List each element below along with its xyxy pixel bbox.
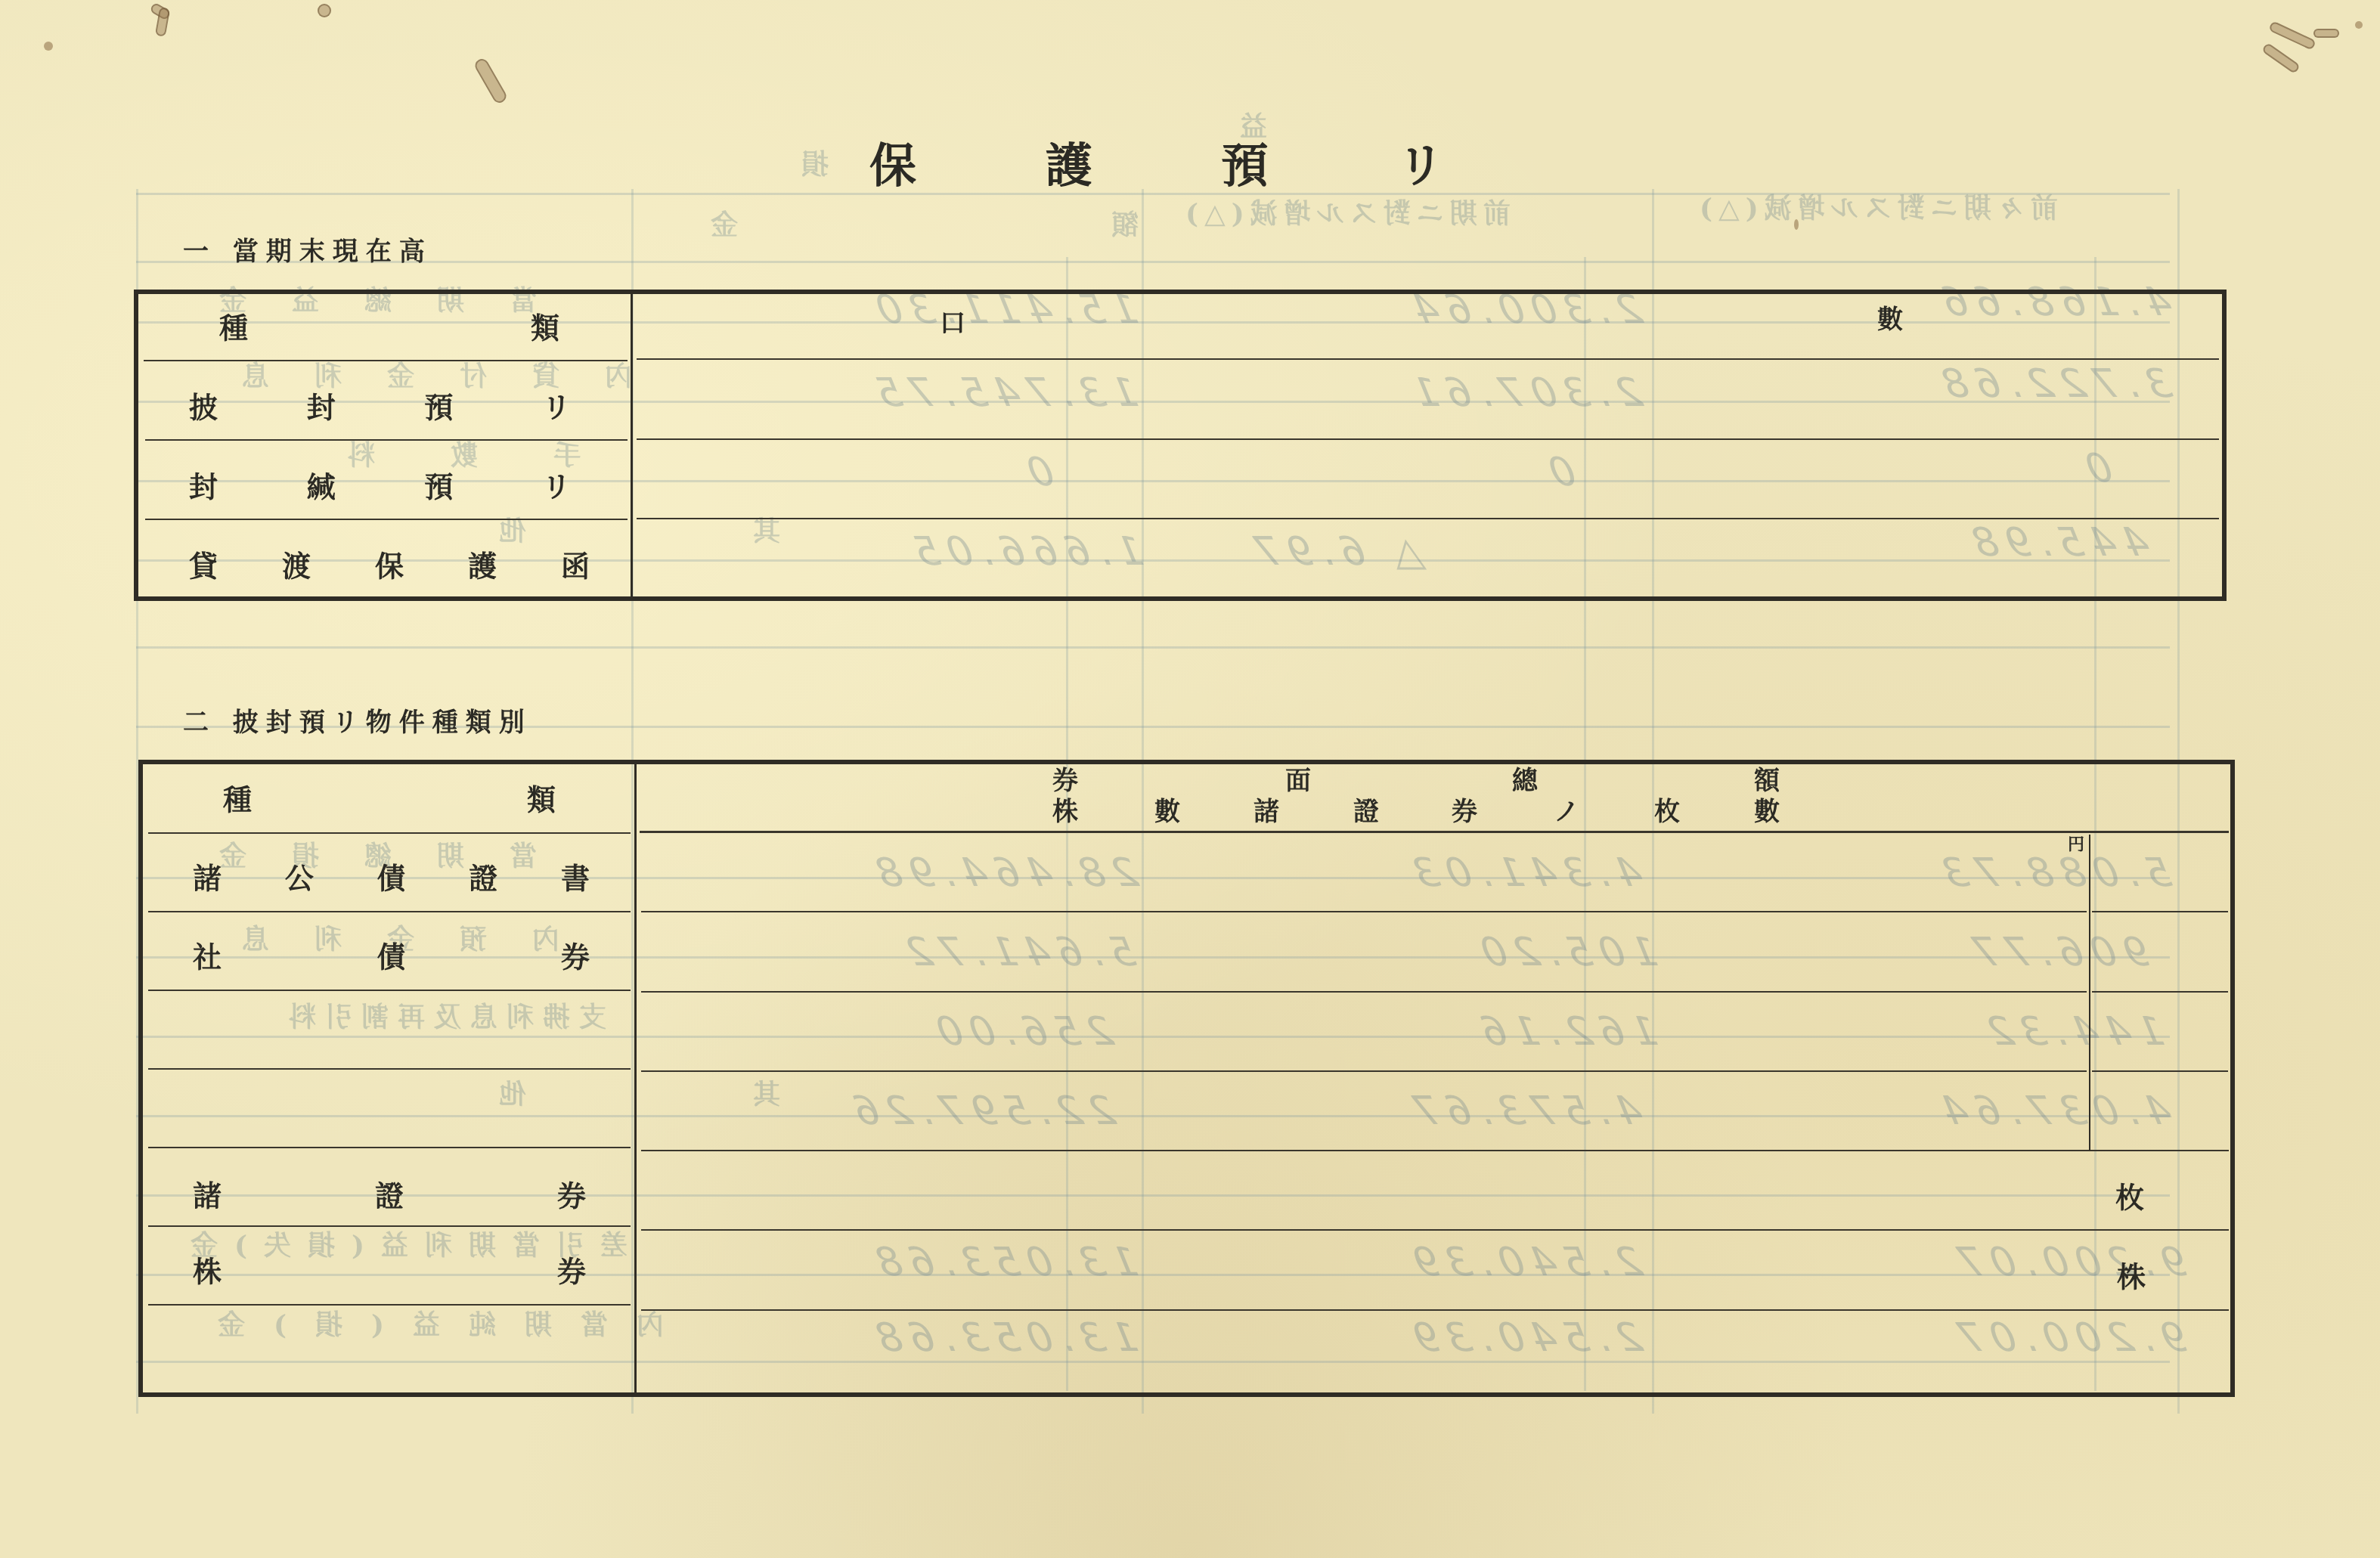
section1-row-label: 封 緘 預 リ [189,461,571,506]
row-char: 公 [285,855,314,897]
ink-stain [44,42,53,51]
section1-header-kind: 種 類 [219,302,559,348]
section2-header-rule [640,831,2229,833]
section2-row-rule [641,1070,2087,1072]
ghost-header-label: 損 [756,144,829,182]
wormhole-mark [2313,29,2339,38]
header-char: 枚 [1654,791,1680,828]
section2-row-rule [641,1150,2229,1151]
row-char: リ [542,384,571,426]
row-char: 渡 [282,543,311,584]
header-char: 類 [531,305,559,346]
header-char: 諸 [1254,791,1279,828]
row-char: 保 [375,543,404,584]
row-char: 券 [557,1248,586,1290]
row-char: 債 [377,934,405,975]
section2-row-rule [148,990,631,991]
ink-stain [2355,21,2363,29]
row-char: 債 [377,855,405,897]
row-char: 預 [424,384,453,426]
section2-row-rule [2092,991,2228,993]
unit-sheets-label: 枚 [2115,1174,2144,1216]
row-char: 券 [561,934,590,975]
section2-row-rule [641,991,2087,993]
section2-row-rule [148,1304,631,1306]
section1-row-rule [145,519,628,520]
row-char: 披 [189,384,218,426]
row-char: 書 [561,855,590,897]
section2-row-rule [2092,911,2228,912]
header-char: 券 [1452,791,1477,828]
header-char: 種 [223,776,252,818]
section2-row-label: 株 券 [193,1246,586,1291]
header-char: 數 [1154,791,1180,828]
header-char: 類 [527,776,556,818]
ghost-rule [136,646,2170,649]
section2-row-rule [641,1229,2229,1231]
ink-stain [1794,219,1799,230]
header-char: 數 [1754,791,1780,828]
section2-row-label: 社 債 券 [193,931,590,977]
section2-row-rule [148,1147,631,1148]
header-char: 種 [219,305,248,346]
header-char: 證 [1353,791,1379,828]
header-char: 總 [1512,760,1538,797]
wormhole-mark [2268,20,2316,51]
ghost-header-label: 額 [1066,204,1139,243]
section1-row-rule [637,518,2219,519]
row-char: 券 [557,1172,586,1214]
section1-column-divider [631,293,633,597]
section1-header-units-right: 數 [1877,299,1903,336]
row-char: 封 [189,463,218,505]
section2-row-rule [641,911,2087,912]
row-char: 函 [561,543,590,584]
wormhole-mark [473,57,509,105]
section2-row-rule [148,832,631,834]
section2-row-rule [148,1068,631,1070]
row-char: 諸 [193,1172,222,1214]
row-char: 社 [193,934,222,975]
yen-unit-label: 円 [2068,832,2084,855]
yen-column-divider [2089,835,2090,1151]
row-char: 證 [375,1172,404,1214]
row-char: 封 [307,384,336,426]
header-char: 面 [1285,760,1311,797]
ghost-header-label: 前々期ニ對スル增減(△) [1694,187,2058,226]
section1-row-rule [144,360,628,361]
section2-row-rule [148,911,631,912]
wormhole-mark [318,4,331,17]
row-char: 證 [469,855,497,897]
title-char: 預 [1221,129,1268,196]
section1-header-units-left: 口 [940,302,965,339]
row-char: 株 [193,1248,222,1290]
ghost-header-label: 金 [665,204,738,243]
section1-row-rule [637,358,2219,360]
section1-heading: 一 當期末現在高 [183,231,432,268]
title-char: 保 [869,129,916,196]
section2-row-rule [2092,1070,2228,1072]
section2-row-label: 諸 公 債 證 書 [193,853,590,898]
section2-row-rule [148,1225,631,1227]
section2-row-label: 諸 證 券 [193,1170,586,1216]
section2-header-kind: 種 類 [223,774,556,819]
ghost-header-label: 前期ニ對スル增減(△) [1179,193,1511,231]
row-char: リ [542,463,571,505]
ghost-rule [136,261,2170,263]
section1-row-label: 貸 渡 保 護 函 [189,540,590,586]
section1-row-rule [145,439,628,441]
row-char: 預 [424,463,453,505]
document-title: 保 護 預 リ [869,129,1444,196]
title-char: リ [1397,129,1444,196]
section2-row-rule [641,1309,2229,1311]
title-char: 護 [1046,129,1092,196]
section1-row-label: 披 封 預 リ [189,382,571,427]
row-char: 貸 [189,543,218,584]
row-char: 緘 [307,463,336,505]
unit-shares-label: 株 [2117,1253,2146,1295]
wormhole-mark [2261,42,2301,74]
header-char: 株 [1052,791,1078,828]
section2-column-divider [634,764,637,1394]
section1-row-rule [637,438,2219,440]
row-char: 護 [468,543,497,584]
section2-heading: 二 披封預リ物件種類別 [183,702,532,739]
row-char: 諸 [193,855,222,897]
header-char: ノ [1554,791,1579,828]
